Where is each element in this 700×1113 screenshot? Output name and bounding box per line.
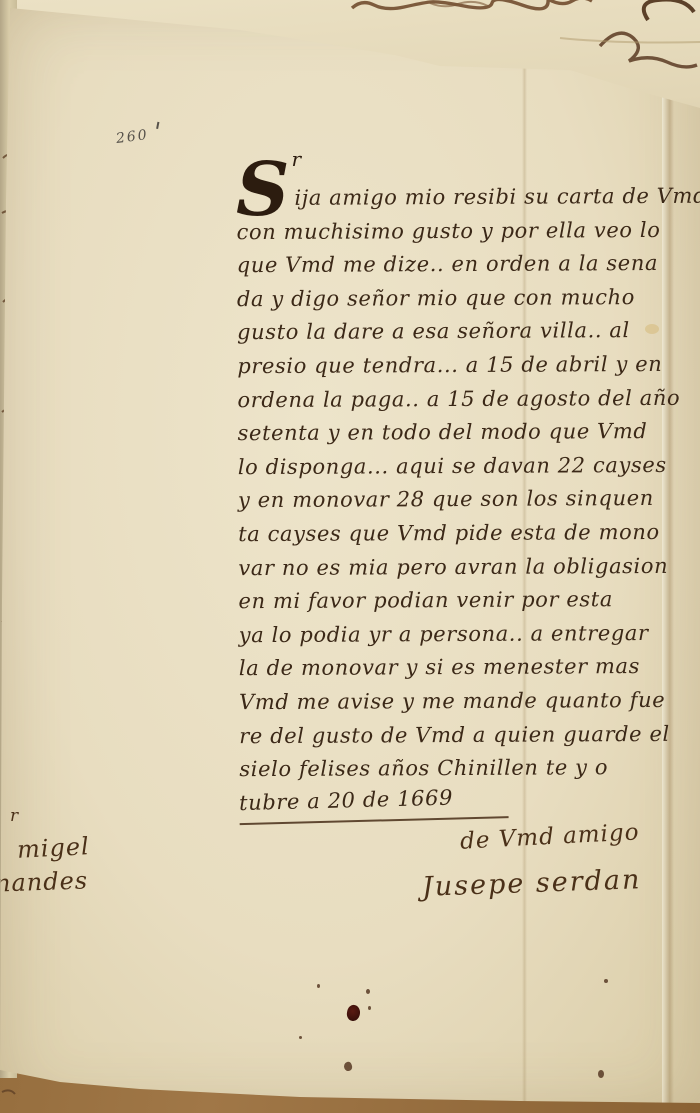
letter-line: ya lo podia yr a persona.. a entregar [239, 617, 679, 653]
letter-line: en mi favor podian venir por esta [238, 583, 678, 619]
ink-speck [368, 1006, 371, 1010]
main-sheet: 260 Sr ija amigo mio resibi su carta de … [0, 0, 700, 1113]
ink-speck [598, 1070, 604, 1078]
margin-note-surname: nandes [0, 866, 89, 897]
letter-line: ija amigo mio resibi su carta de Vmd [236, 180, 676, 216]
letter-line: var no es mia pero avran la obligasion [238, 549, 678, 585]
folio-number-text: 260 [115, 127, 149, 147]
letter-line: ordena la paga.. a 15 de agosto del año [237, 381, 677, 417]
margin-note-name: migel [16, 832, 90, 864]
letter-line: re del gusto de Vmd a quien guarde el [239, 717, 679, 753]
closing-line: de Vmd amigo [459, 819, 640, 854]
manuscript-photo: 260 Sr ija amigo mio resibi su carta de … [0, 0, 700, 1113]
ink-speck [317, 984, 320, 988]
salutation-superscript: r [291, 147, 301, 171]
letter-line: presio que tendra... a 15 de abril y en [237, 348, 677, 384]
letter-line: setenta y en todo del modo que Vmd [238, 415, 678, 451]
date-line-row: tubre a 20 de 1669 [239, 785, 679, 825]
date-line: tubre a 20 de 1669 [239, 780, 509, 825]
ink-speck [343, 1061, 354, 1072]
letter-body: ija amigo mio resibi su carta de Vmd con… [236, 180, 679, 825]
letter-line: gusto la dare a esa señora villa.. al [237, 314, 677, 350]
letter-line: lo disponga... aqui se davan 22 cayses [238, 449, 678, 485]
seal-spot [345, 1004, 361, 1022]
letter-line: con muchisimo gusto y por ella veo lo [236, 213, 676, 249]
letter-line: y en monovar 28 que son los sinquen [238, 482, 678, 518]
letter-line: Vmd me avise y me mande quanto fue [239, 684, 679, 720]
folio-tick-mark [156, 122, 159, 129]
ink-speck [299, 1036, 302, 1039]
ink-speck [604, 979, 608, 983]
ink-speck [366, 989, 370, 994]
margin-note-mark: r [10, 806, 18, 826]
letter-line: que Vmd me dize.. en orden a la sena [237, 247, 677, 283]
letter-line: da y digo señor mio que con mucho [237, 281, 677, 317]
signature: Jusepe serdan [422, 864, 642, 903]
letter-line: la de monovar y si es menester mas [239, 650, 679, 686]
folio-number: 260 [115, 127, 149, 147]
letter-line: ta cayses que Vmd pide esta de mono [238, 516, 678, 552]
